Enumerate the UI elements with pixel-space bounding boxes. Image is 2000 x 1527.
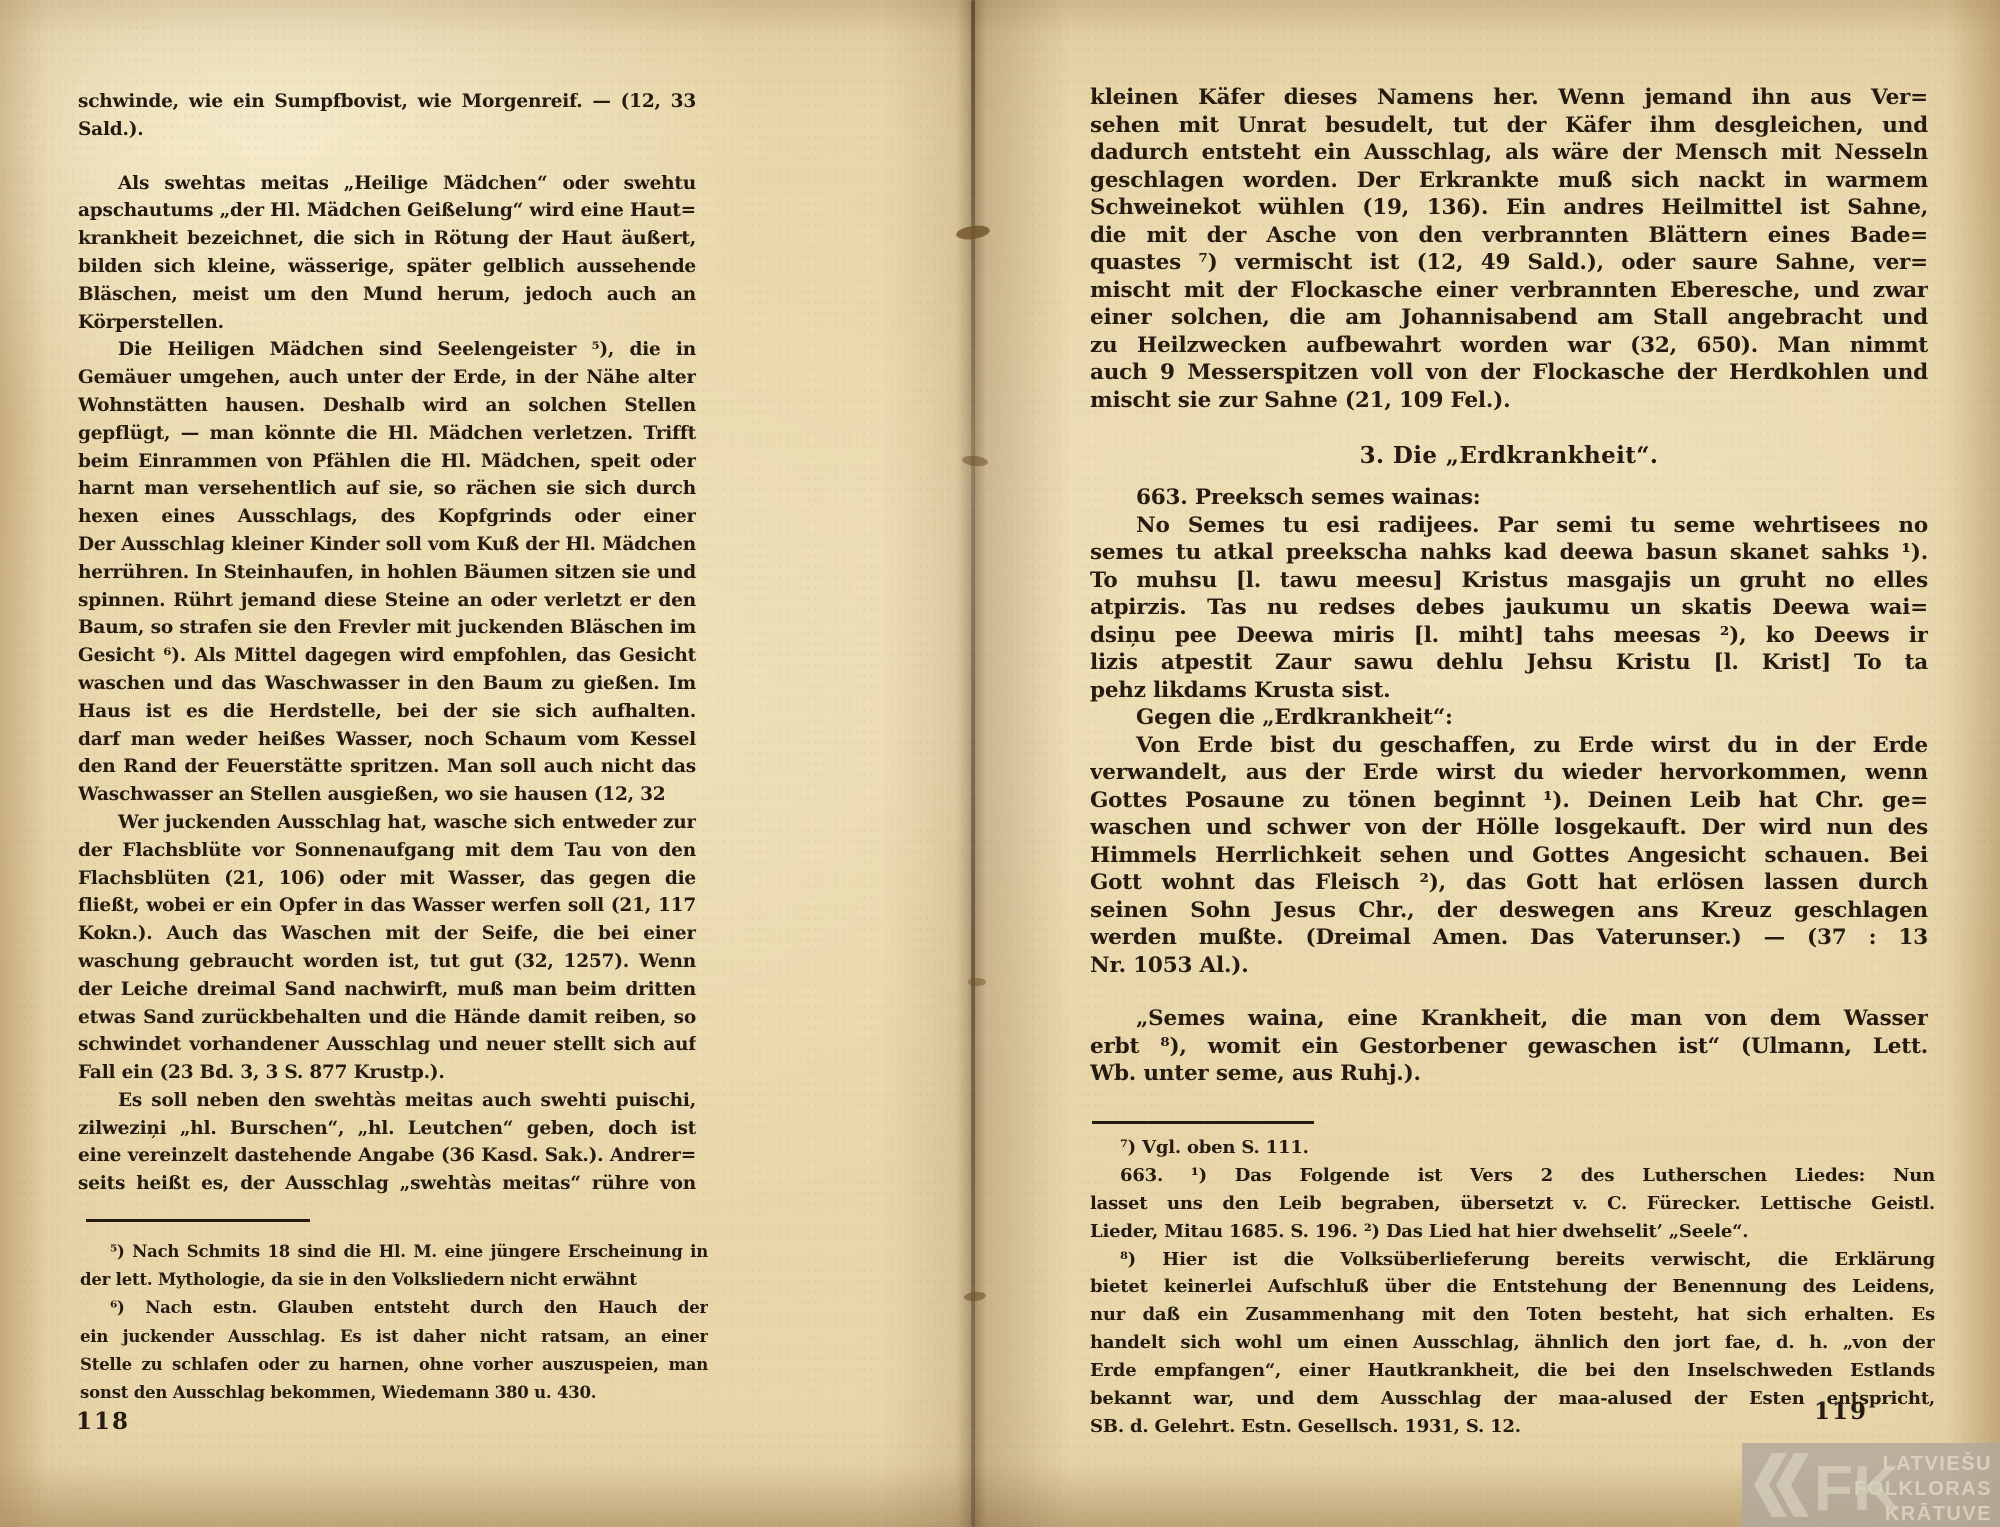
- paragraph: kleinen Käfer dieses Namens her. Wenn je…: [1090, 84, 1928, 414]
- text-line: Schweinekot wühlen (19, 136). Ein andres…: [1090, 194, 1928, 222]
- text-line: Himmels Herrlichkeit sehen und Gottes An…: [1090, 842, 1928, 870]
- text-line: ⁶) Nach estn. Glauben entsteht durch den…: [80, 1294, 708, 1322]
- text-line: 3. Die „Erdkrankheit“.: [1090, 440, 1928, 472]
- paper-stains: [0, 0, 4, 4]
- text-line: der Leiche dreimal Sand nachwirft, muß m…: [78, 976, 696, 1004]
- paragraph: ⁸) Hier ist die Volksüberlieferung berei…: [1090, 1246, 1935, 1441]
- text-line: Gesicht ⁶). Als Mittel dagegen wird empf…: [78, 642, 696, 670]
- paragraph: 663. Preeksch semes wainas:: [1090, 484, 1928, 512]
- text-line: kleinen Käfer dieses Namens her. Wenn je…: [1090, 84, 1928, 112]
- lfk-logo-icon: FK LATVIEŠU FOLKLORAS KRĀTUVE: [1742, 1443, 2000, 1527]
- text-line: Kokn.). Auch das Waschen mit der Seife, …: [78, 920, 696, 948]
- text-line: Gegen die „Erdkrankheit“:: [1090, 704, 1928, 732]
- text-line: Lieder, Mitau 1685. S. 196. ²) Das Lied …: [1090, 1218, 1935, 1246]
- text-line: die mit der Asche von den verbrannten Bl…: [1090, 222, 1928, 250]
- paragraph: Von Erde bist du geschaffen, zu Erde wir…: [1090, 732, 1928, 980]
- text-line: pehz likdams Krusta sist.: [1090, 677, 1928, 705]
- paragraph: Die Heiligen Mädchen sind Seelengeister …: [78, 336, 696, 809]
- text-line: bietet keinerlei Aufschluß über die Ents…: [1090, 1273, 1935, 1301]
- watermark-text-line: FOLKLORAS: [1854, 1478, 1992, 1500]
- text-line: Wb. unter seme, aus Ruhj.).: [1090, 1060, 1928, 1088]
- text-line: harnt man versehentlich auf sie, so räch…: [78, 475, 696, 503]
- paragraph: Wer juckenden Ausschlag hat, wasche sich…: [78, 809, 696, 1087]
- text-line: Der Ausschlag kleiner Kinder soll vom Ku…: [78, 531, 696, 559]
- text-line: zu Heilzwecken aufbewahrt worden war (32…: [1090, 332, 1928, 360]
- text-line: ⁵) Nach Schmits 18 sind die Hl. M. eine …: [80, 1238, 708, 1266]
- text-line: fließt, wobei er ein Opfer in das Wasser…: [78, 892, 696, 920]
- text-line: atpirzis. Tas nu redses debes jaukumu un…: [1090, 594, 1928, 622]
- text-line: gepflügt, — man könnte die Hl. Mädchen v…: [78, 420, 696, 448]
- text-line: mischt sie zur Sahne (21, 109 Fel.).: [1090, 387, 1928, 415]
- text-line: eine vereinzelt dastehende Angabe (36 Ka…: [78, 1142, 696, 1170]
- watermark-text-line: KRĀTUVE: [1885, 1503, 1992, 1525]
- text-line: ⁷) Vgl. oben S. 111.: [1090, 1134, 1935, 1162]
- right-page-footnotes: ⁷) Vgl. oben S. 111.663. ¹) Das Folgende…: [1090, 1134, 1935, 1441]
- text-line: Die Heiligen Mädchen sind Seelengeister …: [78, 336, 696, 364]
- text-line: Gemäuer umgehen, auch unter der Erde, in…: [78, 364, 696, 392]
- text-line: Bläschen, meist um den Mund herum, jedoc…: [78, 281, 696, 309]
- text-line: seinen Sohn Jesus Chr., der deswegen ans…: [1090, 897, 1928, 925]
- text-line: seits heißt es, der Ausschlag „swehtàs m…: [78, 1170, 696, 1198]
- text-line: Baum, so strafen sie den Frevler mit juc…: [78, 614, 696, 642]
- paragraph: Gegen die „Erdkrankheit“:: [1090, 704, 1928, 732]
- text-line: Wer juckenden Ausschlag hat, wasche sich…: [78, 809, 696, 837]
- text-line: Sald.).: [78, 116, 696, 144]
- paragraph: „Semes waina, eine Krankheit, die man vo…: [1090, 1005, 1928, 1088]
- paragraph: Es soll neben den swehtàs meitas auch sw…: [78, 1087, 696, 1198]
- text-line: SB. d. Gelehrt. Estn. Gesellsch. 1931, S…: [1090, 1413, 1935, 1441]
- text-line: den Rand der Feuerstätte spritzen. Man s…: [78, 753, 696, 781]
- text-line: der lett. Mythologie, da sie in den Volk…: [80, 1266, 708, 1294]
- watermark-text-line: LATVIEŠU: [1883, 1451, 1992, 1475]
- text-line: bekannt war, und dem Ausschlag der maa-a…: [1090, 1385, 1935, 1413]
- text-line: verwandelt, aus der Erde wirst du wieder…: [1090, 759, 1928, 787]
- right-page-number: 119: [1814, 1398, 1868, 1425]
- text-line: Stelle zu schlafen oder zu harnen, ohne …: [80, 1351, 708, 1379]
- text-line: zilweziņi „hl. Burschen“, „hl. Leutchen“…: [78, 1115, 696, 1143]
- text-line: erbt ⁸), womit ein Gestorbener gewaschen…: [1090, 1033, 1928, 1061]
- text-line: nur daß ein Zusammenhang mit den Toten b…: [1090, 1301, 1935, 1329]
- text-line: waschen und schwer von der Hölle losgeka…: [1090, 814, 1928, 842]
- paragraph: ⁵) Nach Schmits 18 sind die Hl. M. eine …: [80, 1238, 708, 1294]
- text-line: 663. Preeksch semes wainas:: [1090, 484, 1928, 512]
- paragraph: ⁷) Vgl. oben S. 111.: [1090, 1134, 1935, 1162]
- stitching-thread: [968, 978, 986, 986]
- text-line: sehen mit Unrat besudelt, tut der Käfer …: [1090, 112, 1928, 140]
- text-line: waschen und das Waschwasser in den Baum …: [78, 670, 696, 698]
- text-line: Nr. 1053 Al.).: [1090, 952, 1928, 980]
- text-line: 663. ¹) Das Folgende ist Vers 2 des Luth…: [1090, 1162, 1935, 1190]
- text-line: Es soll neben den swehtàs meitas auch sw…: [78, 1087, 696, 1115]
- text-line: auch 9 Messerspitzen voll von der Flocka…: [1090, 359, 1928, 387]
- text-line: quastes ⁷) vermischt ist (12, 49 Sald.),…: [1090, 249, 1928, 277]
- text-line: To muhsu [l. tawu meesu] Kristus masgaji…: [1090, 567, 1928, 595]
- text-line: Waschwasser an Stellen ausgießen, wo sie…: [78, 781, 696, 809]
- text-line: semes tu atkal preekscha nahks kad deewa…: [1090, 539, 1928, 567]
- text-line: lizis atpestit Zaur sawu dehlu Jehsu Kri…: [1090, 649, 1928, 677]
- text-line: Flachsblüten (21, 106) oder mit Wasser, …: [78, 865, 696, 893]
- left-footnote-rule: [86, 1219, 310, 1222]
- section-heading: 3. Die „Erdkrankheit“.: [1090, 440, 1928, 472]
- left-page-number: 118: [76, 1408, 130, 1435]
- text-line: waschung gebraucht worden ist, tut gut (…: [78, 948, 696, 976]
- text-line: lasset uns den Leib begraben, übersetzt …: [1090, 1190, 1935, 1218]
- text-line: bilden sich kleine, wässerige, später ge…: [78, 253, 696, 281]
- text-line: der Flachsblüte vor Sonnenaufgang mit de…: [78, 837, 696, 865]
- text-line: Haus ist es die Herdstelle, bei der sie …: [78, 698, 696, 726]
- text-line: „Semes waina, eine Krankheit, die man vo…: [1090, 1005, 1928, 1033]
- paragraph: 663. ¹) Das Folgende ist Vers 2 des Luth…: [1090, 1162, 1935, 1246]
- text-line: schwindet vorhandener Ausschlag und neue…: [78, 1031, 696, 1059]
- text-line: Als swehtas meitas „Heilige Mädchen“ ode…: [78, 170, 696, 198]
- paragraph: schwinde, wie ein Sumpfbovist, wie Morge…: [78, 88, 696, 144]
- text-line: etwas Sand zurückbehalten und die Hände …: [78, 1004, 696, 1032]
- text-line: herrühren. In Steinhaufen, in hohlen Bäu…: [78, 559, 696, 587]
- text-line: Erde empfangen“, einer Hautkrankheit, di…: [1090, 1357, 1935, 1385]
- text-line: ⁸) Hier ist die Volksüberlieferung berei…: [1090, 1246, 1935, 1274]
- text-line: Von Erde bist du geschaffen, zu Erde wir…: [1090, 732, 1928, 760]
- text-line: apschautums „der Hl. Mädchen Geißelung“ …: [78, 197, 696, 225]
- text-line: Wohnstätten hausen. Deshalb wird an solc…: [78, 392, 696, 420]
- text-line: einer solchen, die am Johannisabend am S…: [1090, 304, 1928, 332]
- text-line: schwinde, wie ein Sumpfbovist, wie Morge…: [78, 88, 696, 116]
- text-line: handelt sich wohl um einen Ausschlag, äh…: [1090, 1329, 1935, 1357]
- text-line: Gottes Posaune zu tönen beginnt ¹). Dein…: [1090, 787, 1928, 815]
- text-line: ein juckender Ausschlag. Es ist daher ni…: [80, 1323, 708, 1351]
- paragraph: ⁶) Nach estn. Glauben entsteht durch den…: [80, 1294, 708, 1407]
- text-line: darf man weder heißes Wasser, noch Schau…: [78, 726, 696, 754]
- left-page-footnotes: ⁵) Nach Schmits 18 sind die Hl. M. eine …: [80, 1238, 708, 1407]
- text-line: Fall ein (23 Bd. 3, 3 S. 877 Krustp.).: [78, 1059, 696, 1087]
- left-page-text: schwinde, wie ein Sumpfbovist, wie Morge…: [78, 88, 696, 1198]
- text-line: geschlagen worden. Der Erkrankte muß sic…: [1090, 167, 1928, 195]
- right-page-text: kleinen Käfer dieses Namens her. Wenn je…: [1090, 84, 1928, 1088]
- text-line: dsiņu pee Deewa miris [l. miht] tahs mee…: [1090, 622, 1928, 650]
- text-line: spinnen. Rührt jemand diese Steine an od…: [78, 587, 696, 615]
- text-line: krankheit bezeichnet, die sich in Rötung…: [78, 225, 696, 253]
- right-footnote-rule: [1092, 1121, 1314, 1124]
- text-line: werden mußte. (Dreimal Amen. Das Vaterun…: [1090, 924, 1928, 952]
- text-line: Gott wohnt das Fleisch ²), das Gott hat …: [1090, 869, 1928, 897]
- text-line: mischt mit der Flockasche einer verbrann…: [1090, 277, 1928, 305]
- text-line: hexen eines Ausschlags, des Kopfgrinds o…: [78, 503, 696, 531]
- watermark-lfk: FK LATVIEŠU FOLKLORAS KRĀTUVE: [1742, 1443, 2000, 1527]
- text-line: Körperstellen.: [78, 309, 696, 337]
- text-line: No Semes tu esi radijees. Par semi tu se…: [1090, 512, 1928, 540]
- book-spread-photo: schwinde, wie ein Sumpfbovist, wie Morge…: [0, 0, 2000, 1527]
- paragraph: No Semes tu esi radijees. Par semi tu se…: [1090, 512, 1928, 705]
- text-line: sonst den Ausschlag bekommen, Wiedemann …: [80, 1379, 708, 1407]
- text-line: beim Einrammen von Pfählen die Hl. Mädch…: [78, 448, 696, 476]
- paragraph: Als swehtas meitas „Heilige Mädchen“ ode…: [78, 170, 696, 337]
- text-line: dadurch entsteht ein Ausschlag, als wäre…: [1090, 139, 1928, 167]
